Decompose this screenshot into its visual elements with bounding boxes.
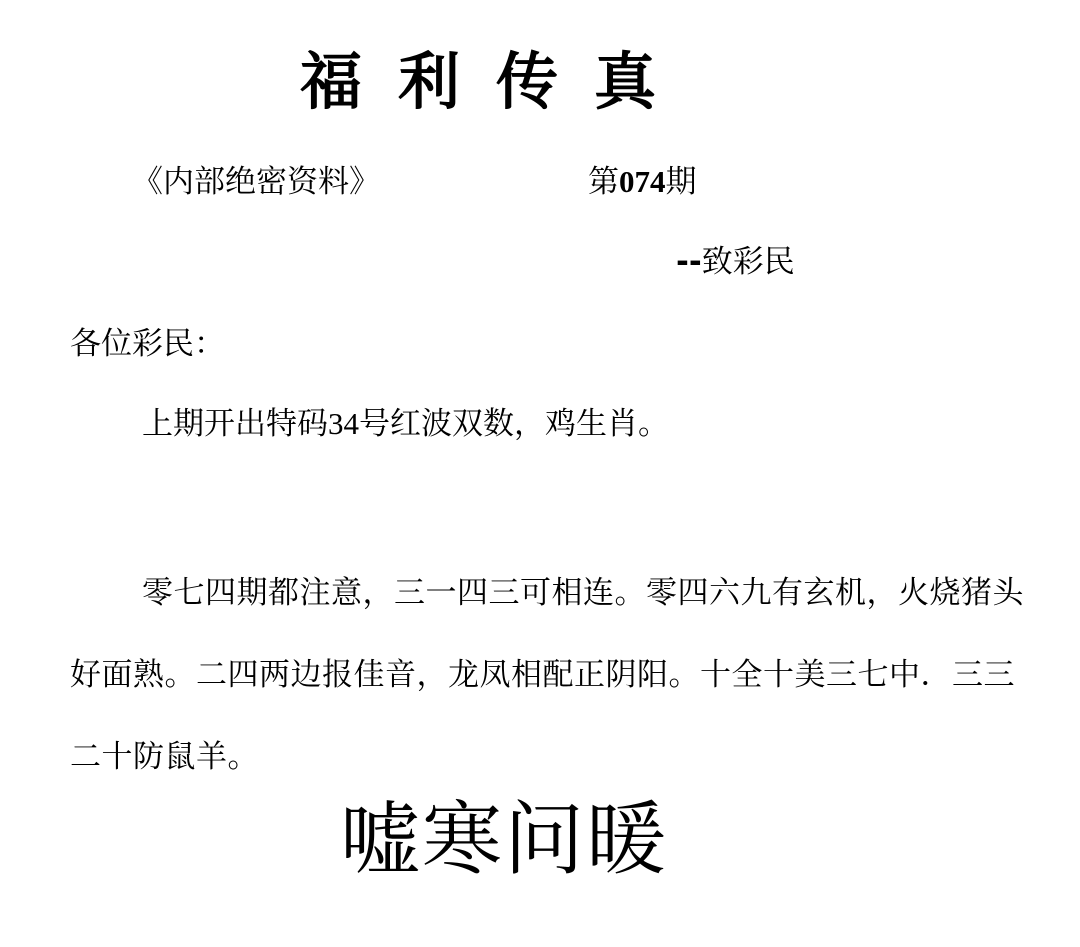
last-result-suffix: 号红波双数，鸡生肖。	[359, 406, 669, 442]
issue-prefix: 第	[588, 164, 619, 200]
last-result-number: 34	[328, 406, 359, 441]
issue-suffix: 期	[666, 164, 697, 200]
publication-name: 《内部绝密资料》	[132, 160, 380, 204]
last-result-line: 上期开出特码34号红波双数，鸡生肖。	[142, 402, 669, 446]
last-result-prefix: 上期开出特码	[142, 406, 328, 442]
document-title: 福利传真	[300, 42, 680, 122]
poem-paragraph: 零七四期都注意，三一四三可相连。零四六九有玄机，火烧猪头好面熟。二四两边报佳音，…	[70, 552, 1040, 798]
issue-label: 第074期	[588, 160, 697, 204]
dedication-dash: --	[676, 244, 702, 280]
dedication-text: 致彩民	[702, 244, 795, 280]
dedication: --致彩民	[676, 240, 795, 284]
footer-title: 嘘寒问暖	[340, 790, 668, 890]
issue-number: 074	[619, 164, 666, 199]
greeting: 各位彩民：	[70, 322, 225, 366]
